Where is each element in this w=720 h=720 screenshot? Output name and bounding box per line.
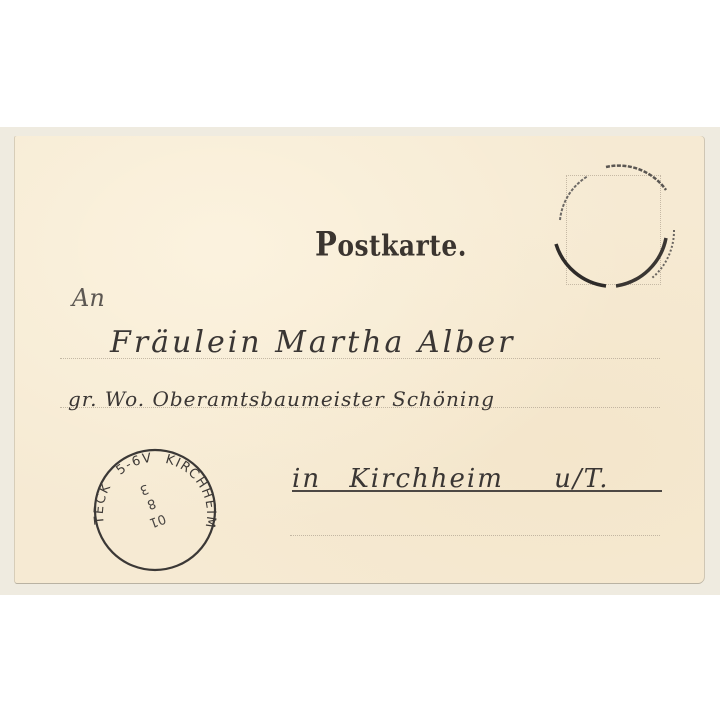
cancellation-mark-icon: [548, 160, 680, 295]
postmark-date-2: 8: [145, 495, 158, 512]
title-initial: P: [315, 224, 337, 263]
recipient-name-text: Fräulein Martha Alber: [110, 325, 515, 360]
recipient-line-2: gr. Wo. Oberamtsbaumeister Schöning: [68, 387, 495, 411]
postmark-date-1: 01: [147, 510, 168, 530]
title-rest: ostkarte.: [337, 229, 467, 262]
postmark-town: KIRCHHEIM: [164, 452, 218, 530]
address-underline: [292, 490, 662, 492]
recipient-name: Fräulein Martha Alber: [110, 325, 515, 360]
postmark-icon: TECK 5-6V KIRCHHEIM 01 8 3: [90, 445, 220, 575]
ruled-line-4: [290, 535, 660, 536]
postcard-title: Postkarte.: [315, 224, 467, 263]
postmark-time: 5-6V: [114, 451, 154, 478]
salutation-text: An: [72, 284, 105, 312]
postmark-date-3: 3: [138, 481, 151, 498]
